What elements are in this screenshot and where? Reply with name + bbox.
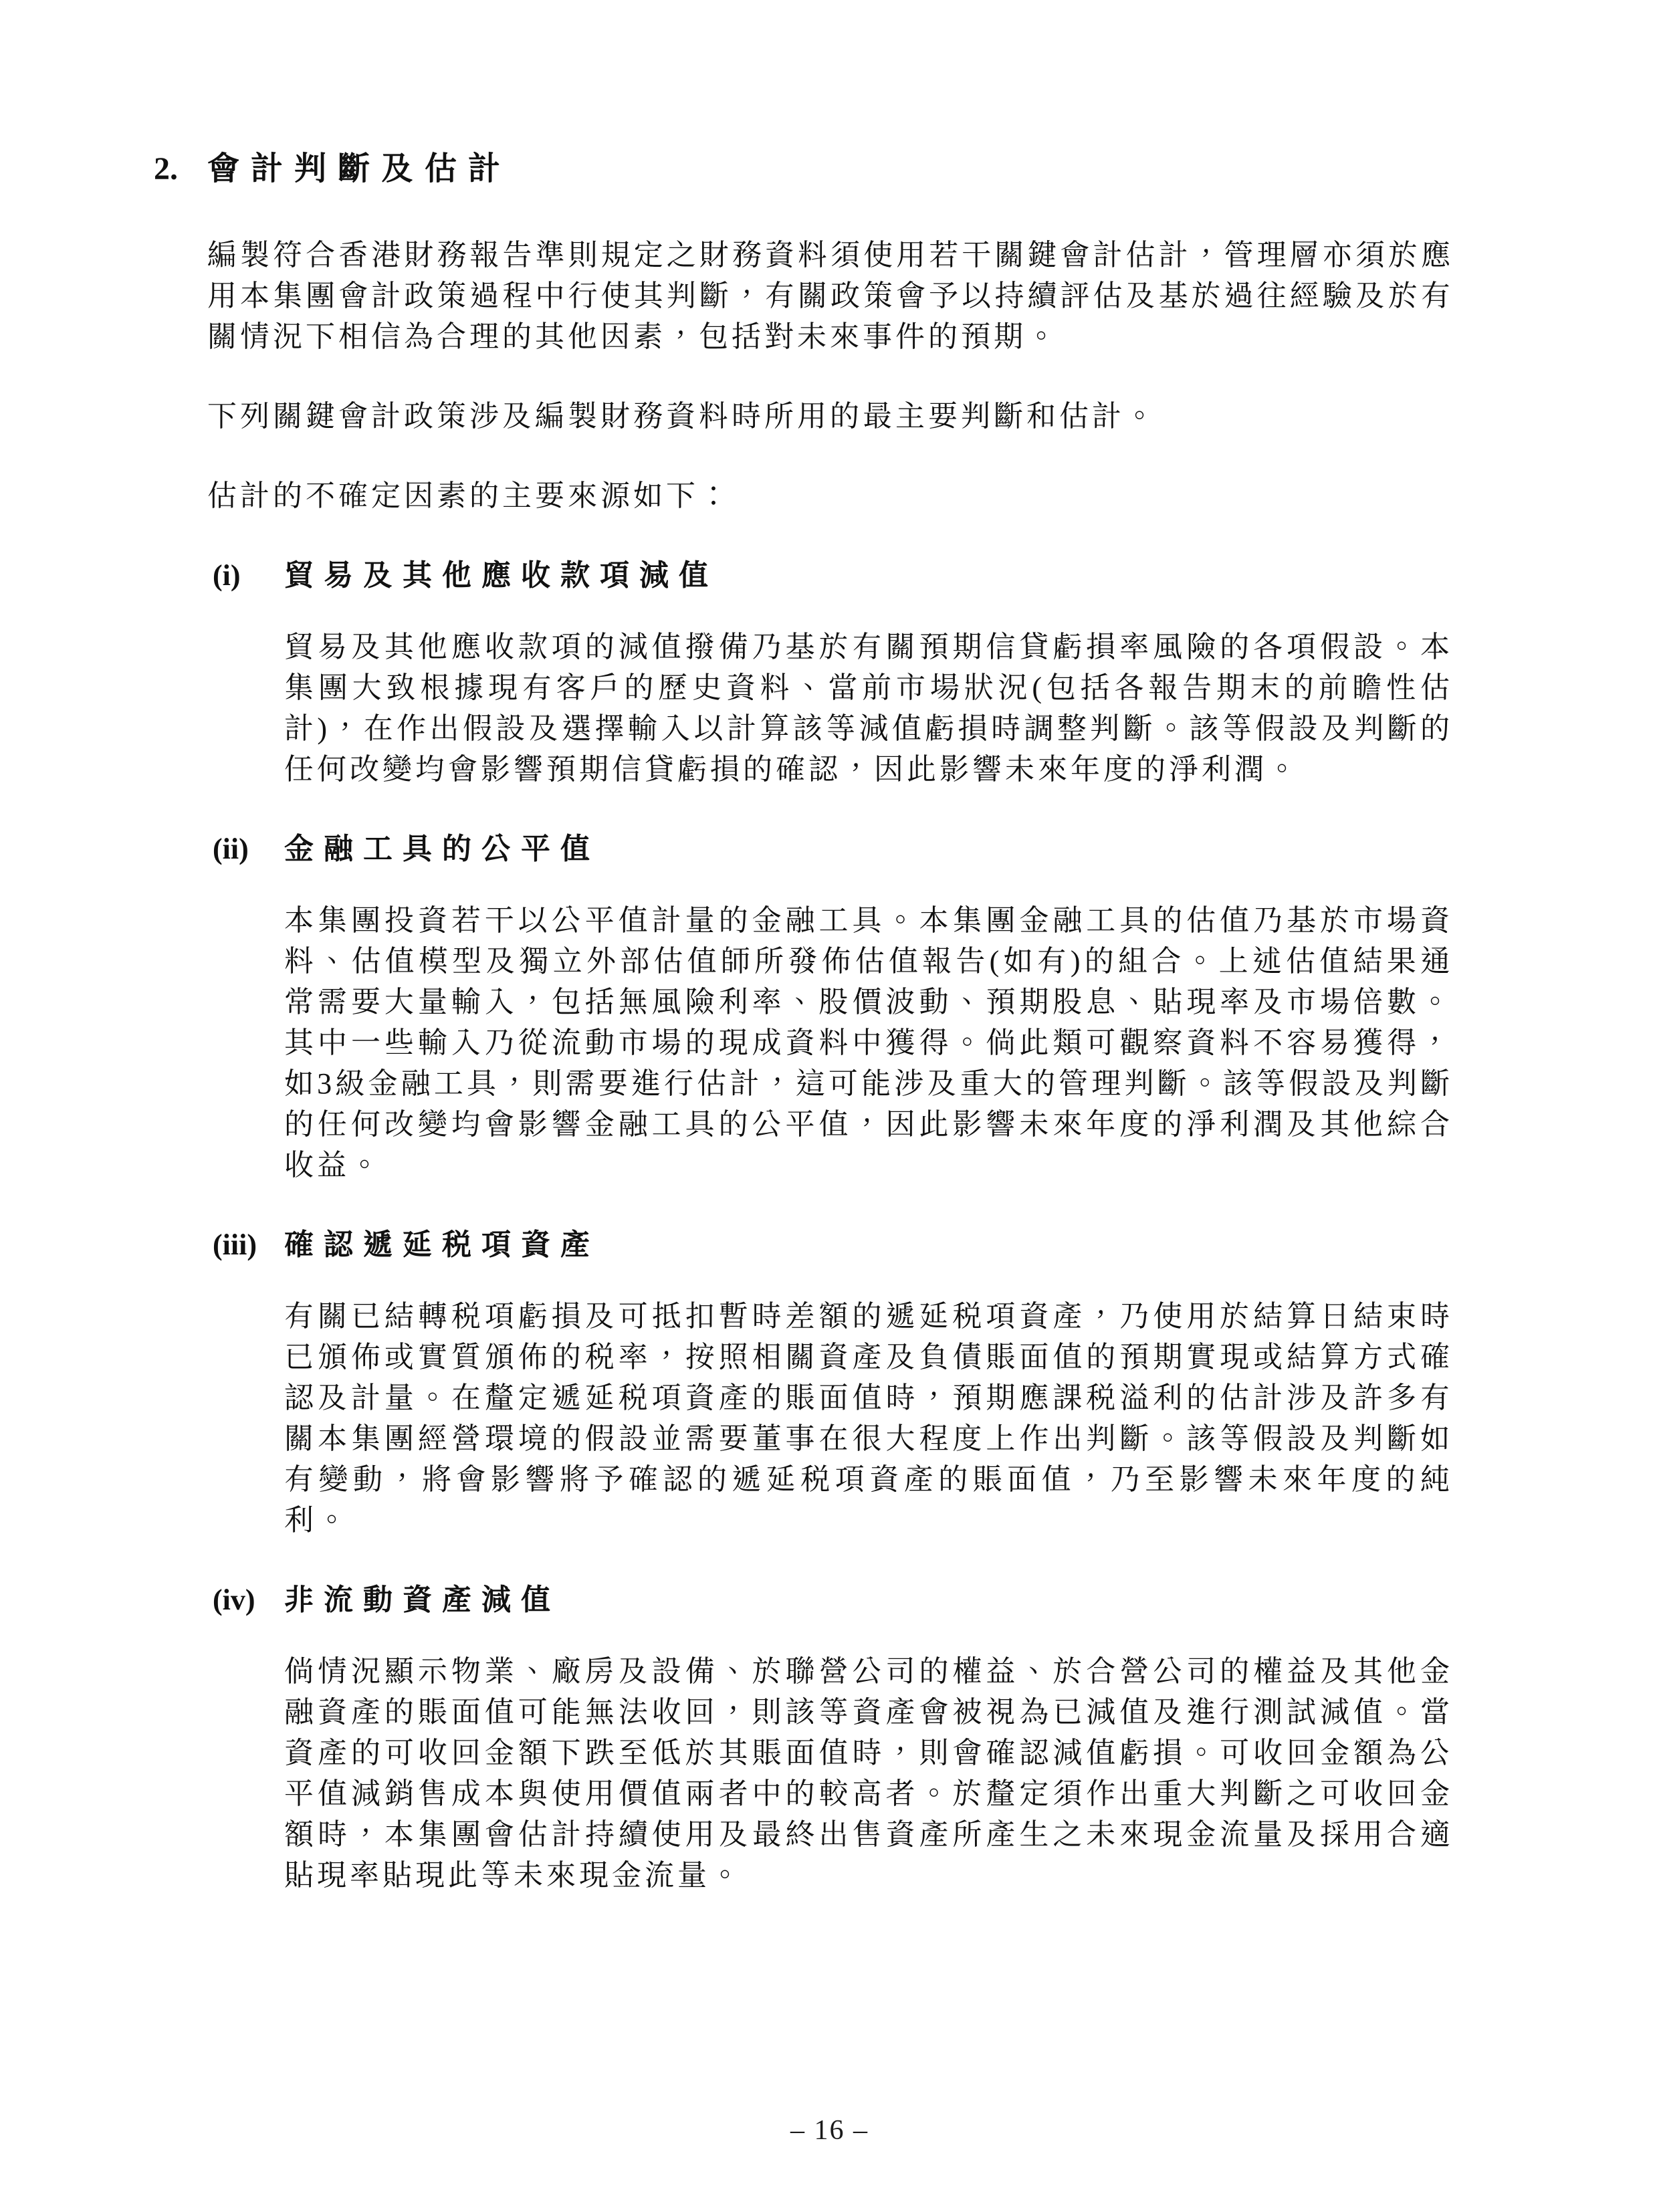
- section-title: 會計判斷及估計: [207, 148, 512, 189]
- document-page: 2. 會計判斷及估計 編製符合香港財務報告準則規定之財務資料須使用若干關鍵會計估…: [0, 0, 1659, 2212]
- subsection-i-label: (i): [213, 555, 284, 596]
- subsection-iv: (iv) 非流動資產減值 倘情況顯示物業、廠房及設備、於聯營公司的權益、於合營公…: [213, 1579, 1454, 1896]
- subsection-iii: (iii) 確認遞延税項資產 有關已結轉税項虧損及可抵扣暫時差額的遞延税項資產，…: [213, 1224, 1454, 1541]
- subsection-iii-body: 有關已結轉税項虧損及可抵扣暫時差額的遞延税項資產，乃使用於結算日結束時已頒佈或實…: [284, 1296, 1453, 1541]
- page-number: – 16 –: [0, 2114, 1659, 2146]
- subsection-iv-body: 倘情況顯示物業、廠房及設備、於聯營公司的權益、於合營公司的權益及其他金融資產的賬…: [284, 1651, 1453, 1896]
- subsection-ii-heading: (ii) 金融工具的公平值: [213, 828, 1454, 869]
- intro-paragraph-2: 下列關鍵會計政策涉及編製財務資料時所用的最主要判斷和估計。: [207, 396, 1454, 437]
- subsection-iv-heading: (iv) 非流動資產減值: [213, 1579, 1454, 1620]
- subsection-i-title: 貿易及其他應收款項減值: [284, 555, 718, 596]
- subsection-iv-label: (iv): [213, 1579, 284, 1620]
- subsection-ii-title: 金融工具的公平值: [284, 828, 600, 869]
- subsection-i-heading: (i) 貿易及其他應收款項減值: [213, 555, 1454, 596]
- intro-paragraph-3: 估計的不確定因素的主要來源如下：: [207, 475, 1454, 516]
- subsection-i: (i) 貿易及其他應收款項減值 貿易及其他應收款項的減值撥備乃基於有關預期信貸虧…: [213, 555, 1454, 790]
- subsection-iv-title: 非流動資產減值: [284, 1579, 560, 1620]
- section-intro: 編製符合香港財務報告準則規定之財務資料須使用若干關鍵會計估計，管理層亦須於應用本…: [207, 235, 1454, 516]
- intro-paragraph-1: 編製符合香港財務報告準則規定之財務資料須使用若干關鍵會計估計，管理層亦須於應用本…: [207, 235, 1454, 357]
- subsection-ii: (ii) 金融工具的公平值 本集團投資若干以公平值計量的金融工具。本集團金融工具…: [213, 828, 1454, 1186]
- section-number: 2.: [154, 148, 207, 189]
- subsection-iii-heading: (iii) 確認遞延税項資產: [213, 1224, 1454, 1265]
- subsection-i-body: 貿易及其他應收款項的減值撥備乃基於有關預期信貸虧損率風險的各項假設。本集團大致根…: [284, 627, 1453, 790]
- subsection-iii-label: (iii): [213, 1224, 284, 1265]
- subsection-ii-label: (ii): [213, 828, 284, 869]
- section-heading: 2. 會計判斷及估計: [154, 148, 1659, 189]
- subsection-iii-title: 確認遞延税項資產: [284, 1224, 600, 1265]
- subsection-ii-body: 本集團投資若干以公平值計量的金融工具。本集團金融工具的估值乃基於市場資料、估值模…: [284, 900, 1453, 1186]
